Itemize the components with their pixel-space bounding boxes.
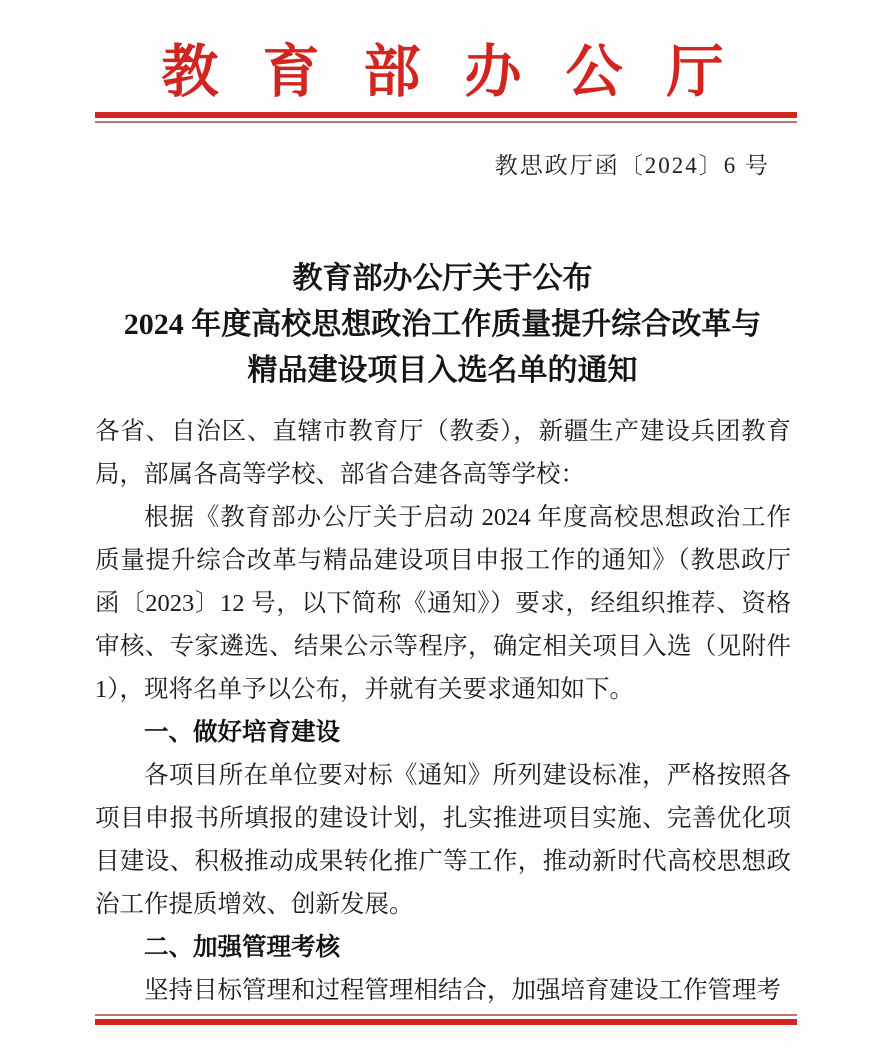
document-org-title: 教育部办公厅 [0, 26, 885, 108]
footer-separator [95, 1014, 797, 1025]
paragraph-intro: 根据《教育部办公厅关于启动 2024 年度高校思想政治工作质量提升综合改革与精品… [95, 496, 791, 711]
footer-separator-thick-line [95, 1019, 797, 1025]
document-title-line-1: 教育部办公厅关于公布 [50, 256, 835, 302]
document-title: 教育部办公厅关于公布 2024 年度高校思想政治工作质量提升综合改革与 精品建设… [50, 256, 835, 394]
document-number: 教思政厅函〔2024〕6 号 [495, 147, 770, 180]
header-separator-thin-line [95, 121, 797, 123]
document-title-line-2: 2024 年度高校思想政治工作质量提升综合改革与 [50, 302, 835, 348]
header-separator [95, 112, 797, 123]
document-body: 各省、自治区、直辖市教育厅（教委），新疆生产建设兵团教育局，部属各高等学校、部省… [95, 410, 791, 1010]
header-separator-thick-line [95, 112, 797, 118]
footer-separator-thin-line [95, 1014, 797, 1016]
paragraph-section-1: 各项目所在单位要对标《通知》所列建设标准，严格按照各项目申报书所填报的建设计划，… [95, 754, 791, 926]
document-page: 教育部办公厅 教思政厅函〔2024〕6 号 教育部办公厅关于公布 2024 年度… [0, 0, 885, 1062]
addressee-line: 各省、自治区、直辖市教育厅（教委），新疆生产建设兵团教育局，部属各高等学校、部省… [95, 410, 791, 496]
section-heading-1: 一、做好培育建设 [95, 711, 791, 754]
section-heading-2: 二、加强管理考核 [95, 926, 791, 969]
paragraph-section-2: 坚持目标管理和过程管理相结合，加强培育建设工作管理考 [95, 969, 791, 1010]
document-title-line-3: 精品建设项目入选名单的通知 [50, 348, 835, 394]
